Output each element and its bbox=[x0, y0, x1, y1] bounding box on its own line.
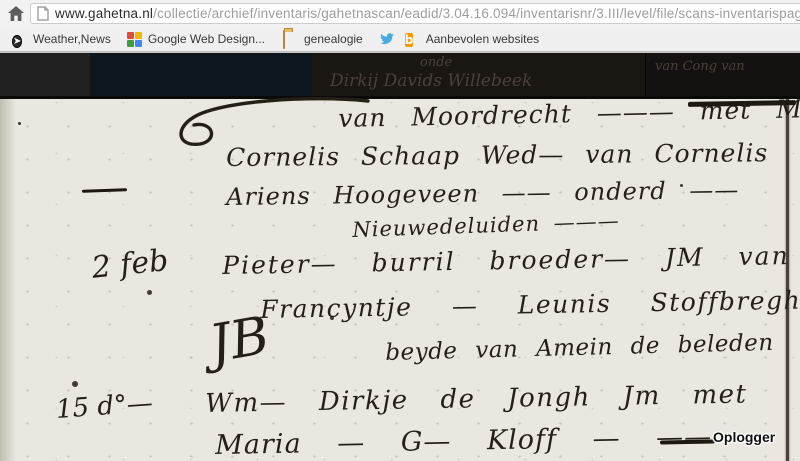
dark-segment bbox=[0, 53, 90, 96]
scan-faint-right: van Cong van bbox=[655, 59, 745, 74]
scan-faint-name: Dirkij Davids Willebeek bbox=[330, 71, 532, 91]
folder-icon bbox=[283, 31, 299, 47]
page-icon bbox=[37, 6, 49, 21]
scan-image: van Moordrecht ——— met Maria — Cornelis … bbox=[0, 96, 800, 461]
browser-topbar: www.gahetna.nl/collectie/archief/inventa… bbox=[0, 0, 800, 27]
register-line: Ariens Hoogeveen —— onderd —— bbox=[226, 176, 739, 211]
register-column-line bbox=[786, 99, 789, 461]
register-date-margin: 15 d°— bbox=[55, 388, 154, 425]
register-line: Maria — G— Kloff — —— bbox=[215, 421, 712, 461]
bookmark-label: Weather,News bbox=[33, 32, 111, 46]
register-line: Pieter— burril broeder— JM van bbox=[222, 241, 790, 280]
home-button[interactable] bbox=[6, 4, 26, 23]
bookmark-label: Google Web Design... bbox=[148, 32, 265, 46]
home-icon bbox=[8, 6, 24, 21]
register-line: Francyntje — Leunis Stoffbregh bbox=[260, 286, 800, 324]
bookmark-aanbevolen-websites[interactable]: b Aanbevolen websites bbox=[401, 29, 543, 49]
bookmarks-bar: ➤ Weather,News Google Web Design... gene… bbox=[0, 27, 800, 52]
bookmark-label: genealogie bbox=[304, 32, 363, 46]
dark-segment bbox=[90, 53, 312, 96]
browser-window: www.gahetna.nl/collectie/archief/inventa… bbox=[0, 0, 800, 461]
register-line: Cornelis Schaap Wed— van Cornelis bbox=[226, 138, 768, 172]
bookmark-google-web-designer[interactable]: Google Web Design... bbox=[123, 29, 269, 49]
scan-faint-word: onde bbox=[420, 55, 452, 70]
twitter-icon bbox=[379, 31, 395, 47]
bookmark-weather-news[interactable]: ➤ Weather,News bbox=[8, 29, 115, 49]
ink-speck bbox=[330, 316, 334, 320]
url-text[interactable]: www.gahetna.nl/collectie/archief/inventa… bbox=[55, 6, 800, 21]
register-line: Nieuwedeluiden ——— bbox=[352, 209, 620, 242]
bol-icon: b bbox=[405, 31, 421, 47]
weather-news-icon: ➤ bbox=[12, 31, 28, 47]
register-line: Wm— Dirkje de Jongh Jm met bbox=[205, 380, 748, 419]
register-flourish-initials: JB bbox=[205, 306, 274, 375]
ink-speck bbox=[147, 290, 152, 295]
url-domain: www.gahetna.nl bbox=[55, 6, 153, 21]
ink-speck bbox=[18, 122, 21, 125]
register-line: beyde van Amein de beleden bbox=[385, 330, 774, 366]
address-bar[interactable]: www.gahetna.nl/collectie/archief/inventa… bbox=[30, 3, 800, 24]
bookmark-genealogie[interactable]: genealogie bbox=[279, 29, 367, 49]
oplogger-overlay-label: Oplogger bbox=[713, 429, 775, 445]
url-path: /collectie/archief/inventaris/gahetnasca… bbox=[153, 6, 800, 21]
handwriting-stroke bbox=[82, 188, 127, 193]
scan-dark-strip: onde Dirkij Davids Willebeek van Cong va… bbox=[0, 52, 800, 96]
bookmark-twitter[interactable] bbox=[375, 29, 399, 49]
ink-speck bbox=[680, 184, 683, 187]
ink-speck bbox=[72, 381, 78, 387]
bookmark-label: Aanbevolen websites bbox=[426, 32, 539, 46]
register-line: van Moordrecht ——— met Maria — bbox=[338, 92, 800, 133]
google-web-designer-icon bbox=[127, 31, 143, 47]
register-date-margin: 2 feb bbox=[90, 243, 170, 286]
